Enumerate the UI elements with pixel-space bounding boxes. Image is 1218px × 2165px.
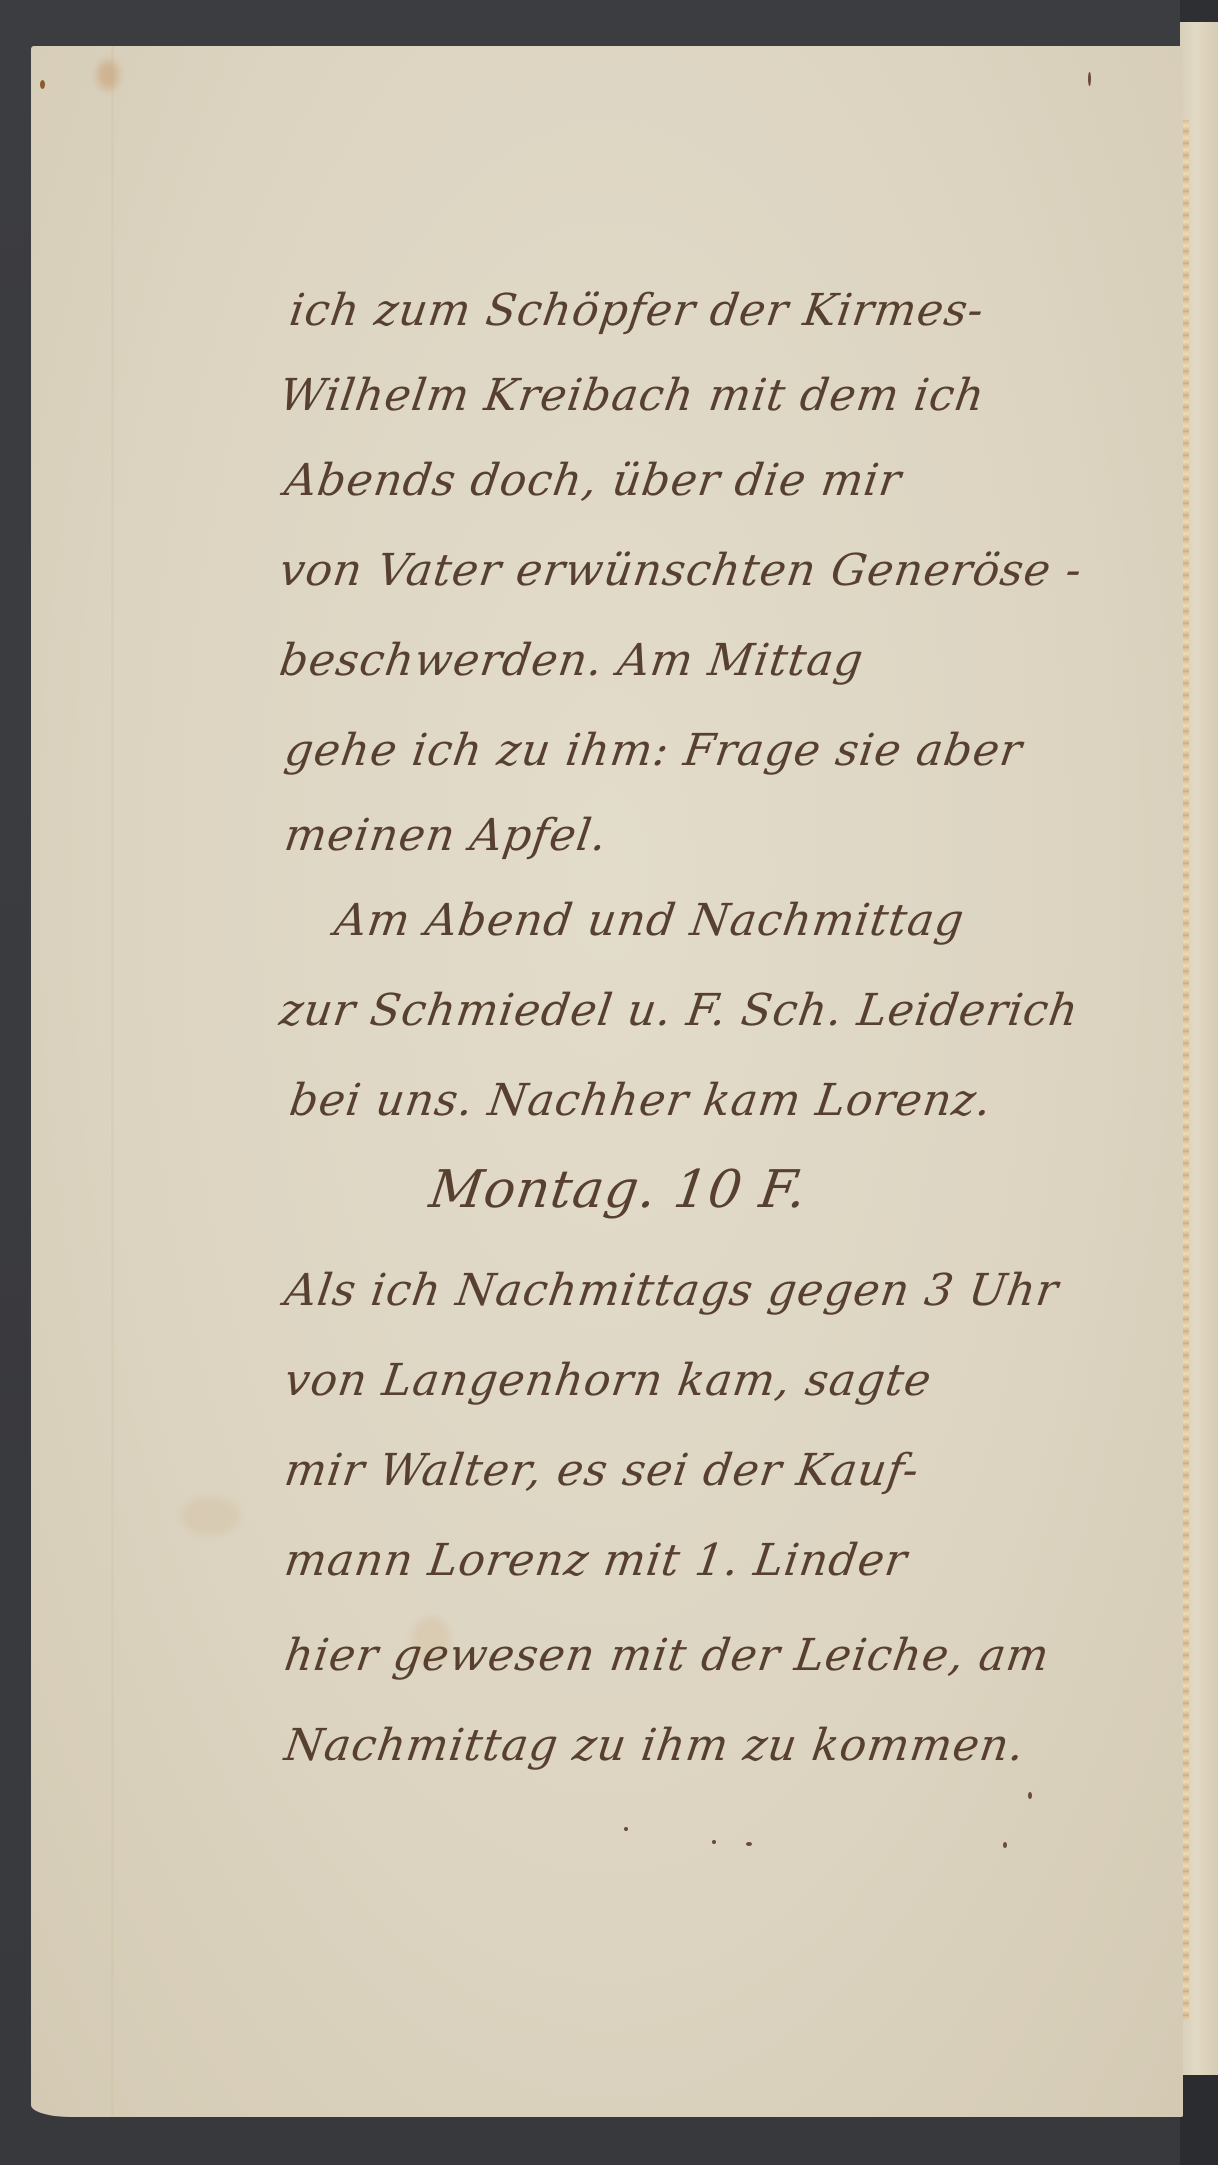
manuscript-line: Wilhelm Kreibach mit dem ich xyxy=(276,370,988,421)
manuscript-line: mann Lorenz mit 1. Linder xyxy=(281,1535,910,1586)
manuscript-line: Abends doch, über die mir xyxy=(281,455,904,506)
ink-speck xyxy=(40,80,45,89)
manuscript-line: Am Abend und Nachmittag xyxy=(331,895,967,946)
ink-speck xyxy=(746,1842,752,1846)
ink-speck xyxy=(1088,72,1091,86)
manuscript-line: von Vater erwünschten Generöse - xyxy=(276,545,1085,596)
manuscript-line: beschwerden. Am Mittag xyxy=(276,635,867,686)
manuscript-line: Als ich Nachmittags gegen 3 Uhr xyxy=(281,1265,1062,1316)
manuscript-line: meinen Apfel. xyxy=(281,810,610,861)
manuscript-line: mir Walter, es sei der Kauf- xyxy=(281,1445,922,1496)
ink-speck xyxy=(624,1827,628,1831)
manuscript-text: ich zum Schöpfer der Kirmes- Wilhelm Kre… xyxy=(0,0,1218,2165)
manuscript-line: von Langenhorn kam, sagte xyxy=(281,1355,935,1406)
ink-speck xyxy=(712,1840,716,1844)
ink-speck xyxy=(1003,1842,1007,1848)
manuscript-line: bei uns. Nachher kam Lorenz. xyxy=(286,1075,995,1126)
manuscript-line: hier gewesen mit der Leiche, am xyxy=(281,1630,1052,1681)
manuscript-line: Nachmittag zu ihm zu kommen. xyxy=(281,1720,1028,1771)
manuscript-line: ich zum Schöpfer der Kirmes- xyxy=(286,285,987,336)
manuscript-line: zur Schmiedel u. F. Sch. Leiderich xyxy=(276,985,1082,1036)
date-heading: Montag. 10 F. xyxy=(426,1160,811,1220)
manuscript-line: gehe ich zu ihm: Frage sie aber xyxy=(281,725,1025,776)
ink-speck xyxy=(1028,1792,1032,1799)
